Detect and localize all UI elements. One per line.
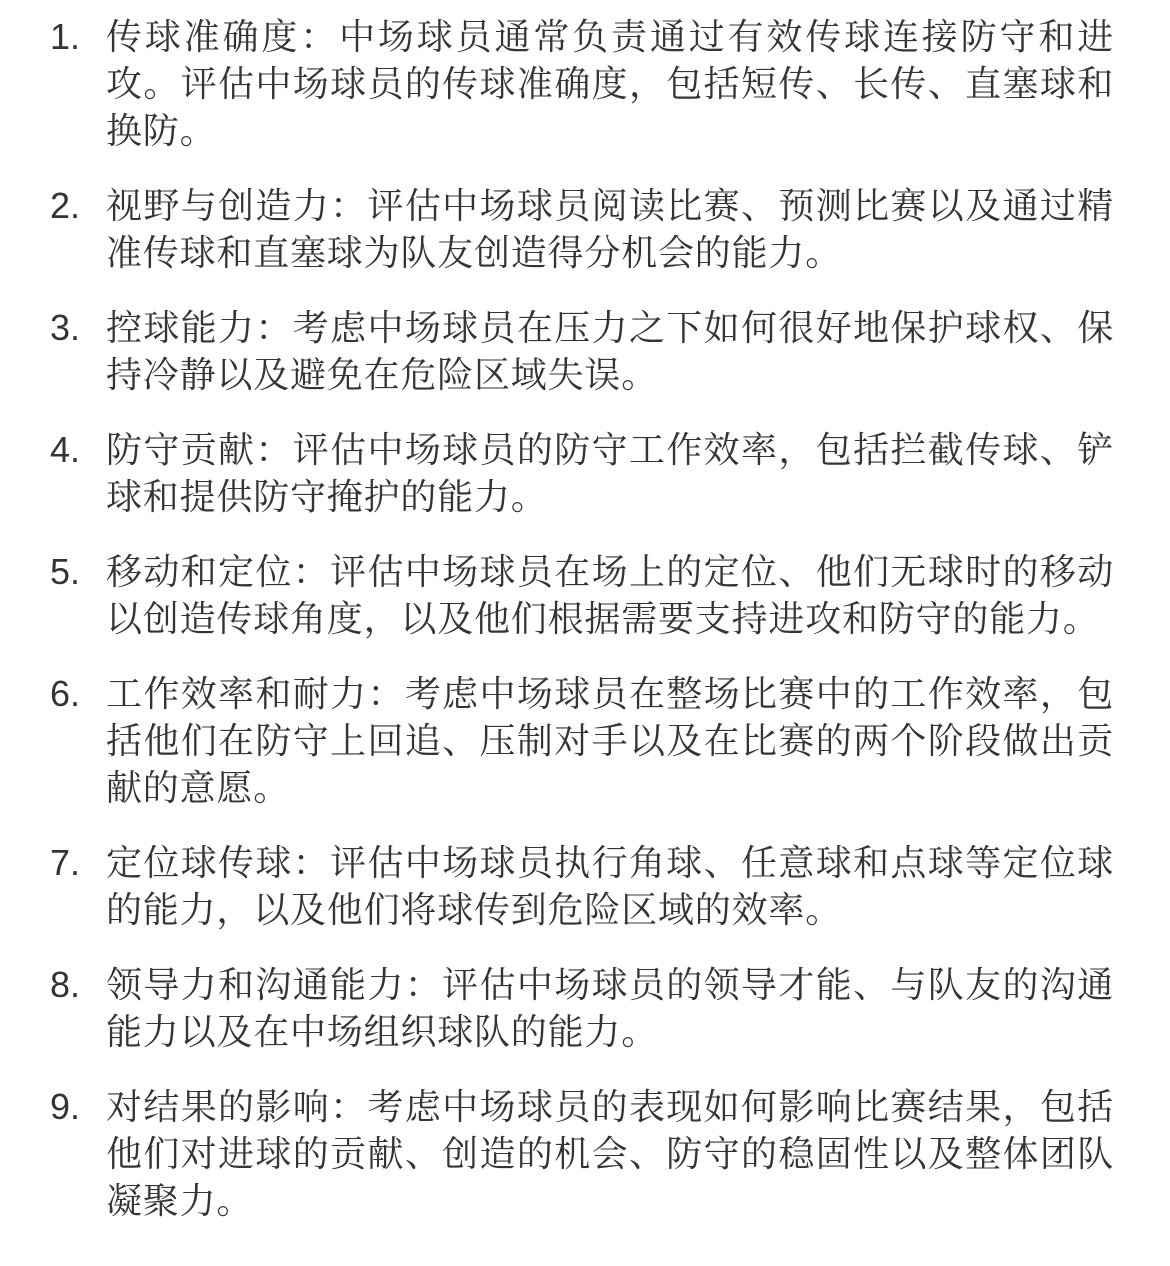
list-item: 2. 视野与创造力：评估中场球员阅读比赛、预测比赛以及通过精准传球和直塞球为队友… (50, 182, 1114, 276)
list-item-number: 2. (50, 182, 106, 229)
document-page: 1. 传球准确度：中场球员通常负责通过有效传球连接防守和进攻。评估中场球员的传球… (0, 0, 1170, 1266)
list-item: 7. 定位球传球：评估中场球员执行角球、任意球和点球等定位球的能力，以及他们将球… (50, 839, 1114, 933)
list-item: 1. 传球准确度：中场球员通常负责通过有效传球连接防守和进攻。评估中场球员的传球… (50, 13, 1114, 154)
list-item-text: 传球准确度：中场球员通常负责通过有效传球连接防守和进攻。评估中场球员的传球准确度… (106, 13, 1114, 154)
list-item-text: 防守贡献：评估中场球员的防守工作效率，包括拦截传球、铲球和提供防守掩护的能力。 (106, 426, 1114, 520)
list-item: 8. 领导力和沟通能力：评估中场球员的领导才能、与队友的沟通能力以及在中场组织球… (50, 961, 1114, 1055)
list-item-text: 对结果的影响：考虑中场球员的表现如何影响比赛结果，包括他们对进球的贡献、创造的机… (106, 1083, 1114, 1224)
list-item-text: 移动和定位：评估中场球员在场上的定位、他们无球时的移动以创造传球角度，以及他们根… (106, 548, 1114, 642)
list-item: 5. 移动和定位：评估中场球员在场上的定位、他们无球时的移动以创造传球角度，以及… (50, 548, 1114, 642)
list-item-number: 7. (50, 839, 106, 886)
list-item: 9. 对结果的影响：考虑中场球员的表现如何影响比赛结果，包括他们对进球的贡献、创… (50, 1083, 1114, 1224)
list-item-text: 视野与创造力：评估中场球员阅读比赛、预测比赛以及通过精准传球和直塞球为队友创造得… (106, 182, 1114, 276)
list-item: 4. 防守贡献：评估中场球员的防守工作效率，包括拦截传球、铲球和提供防守掩护的能… (50, 426, 1114, 520)
list-item-text: 工作效率和耐力：考虑中场球员在整场比赛中的工作效率，包括他们在防守上回追、压制对… (106, 670, 1114, 811)
list-item-number: 8. (50, 961, 106, 1008)
list-item-number: 5. (50, 548, 106, 595)
list-item: 3. 控球能力：考虑中场球员在压力之下如何很好地保护球权、保持冷静以及避免在危险… (50, 304, 1114, 398)
list-item-number: 6. (50, 670, 106, 717)
list-item-text: 控球能力：考虑中场球员在压力之下如何很好地保护球权、保持冷静以及避免在危险区域失… (106, 304, 1114, 398)
list-item-number: 9. (50, 1083, 106, 1130)
list-item-text: 定位球传球：评估中场球员执行角球、任意球和点球等定位球的能力，以及他们将球传到危… (106, 839, 1114, 933)
list-item-number: 1. (50, 13, 106, 60)
list-item-number: 3. (50, 304, 106, 351)
list-item: 6. 工作效率和耐力：考虑中场球员在整场比赛中的工作效率，包括他们在防守上回追、… (50, 670, 1114, 811)
list-item-number: 4. (50, 426, 106, 473)
list-item-text: 领导力和沟通能力：评估中场球员的领导才能、与队友的沟通能力以及在中场组织球队的能… (106, 961, 1114, 1055)
